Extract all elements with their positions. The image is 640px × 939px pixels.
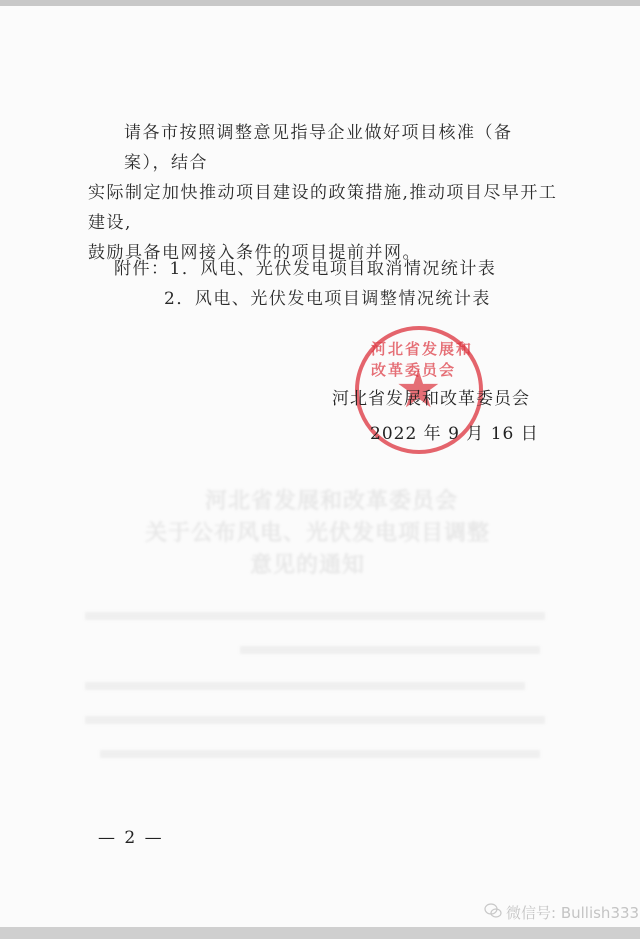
bottom-edge-bar	[0, 927, 640, 939]
wechat-icon	[484, 903, 502, 923]
bleed-through-title-line-3: 意见的通知	[250, 548, 365, 579]
bleed-through-line	[85, 612, 545, 620]
bleed-through-title-line-2: 关于公布风电、光伏发电项目调整	[145, 516, 490, 547]
page-number: — 2 —	[98, 828, 164, 848]
bleed-through-line	[85, 682, 525, 690]
attachment-item-2: 2．风电、光伏发电项目调整情况统计表	[114, 284, 496, 314]
body-line-1: 请各市按照调整意见指导企业做好项目核准（备案），结合	[88, 118, 558, 178]
body-line-2: 实际制定加快推动项目建设的政策措施,推动项目尽早开工建设,	[88, 178, 558, 238]
attachment-item-1: 1．风电、光伏发电项目取消情况统计表	[170, 259, 497, 279]
document-page: 请各市按照调整意见指导企业做好项目核准（备案），结合 实际制定加快推动项目建设的…	[0, 6, 640, 927]
attachments-list: 附件：1．风电、光伏发电项目取消情况统计表 2．风电、光伏发电项目调整情况统计表	[114, 254, 496, 314]
bleed-through-line	[85, 716, 545, 724]
bleed-through-line	[100, 750, 540, 758]
body-paragraph: 请各市按照调整意见指导企业做好项目核准（备案），结合 实际制定加快推动项目建设的…	[88, 118, 558, 268]
watermark-text: 微信号: Bullish333	[506, 902, 639, 923]
signer-organization: 河北省发展和改革委员会	[332, 384, 530, 409]
bleed-through-line	[240, 646, 540, 654]
bleed-through-title-line-1: 河北省发展和改革委员会	[205, 484, 458, 515]
document-date: 2022 年 9 月 16 日	[370, 419, 539, 444]
attachments-label: 附件：	[114, 259, 170, 279]
wechat-watermark: 微信号: Bullish333	[484, 902, 639, 923]
